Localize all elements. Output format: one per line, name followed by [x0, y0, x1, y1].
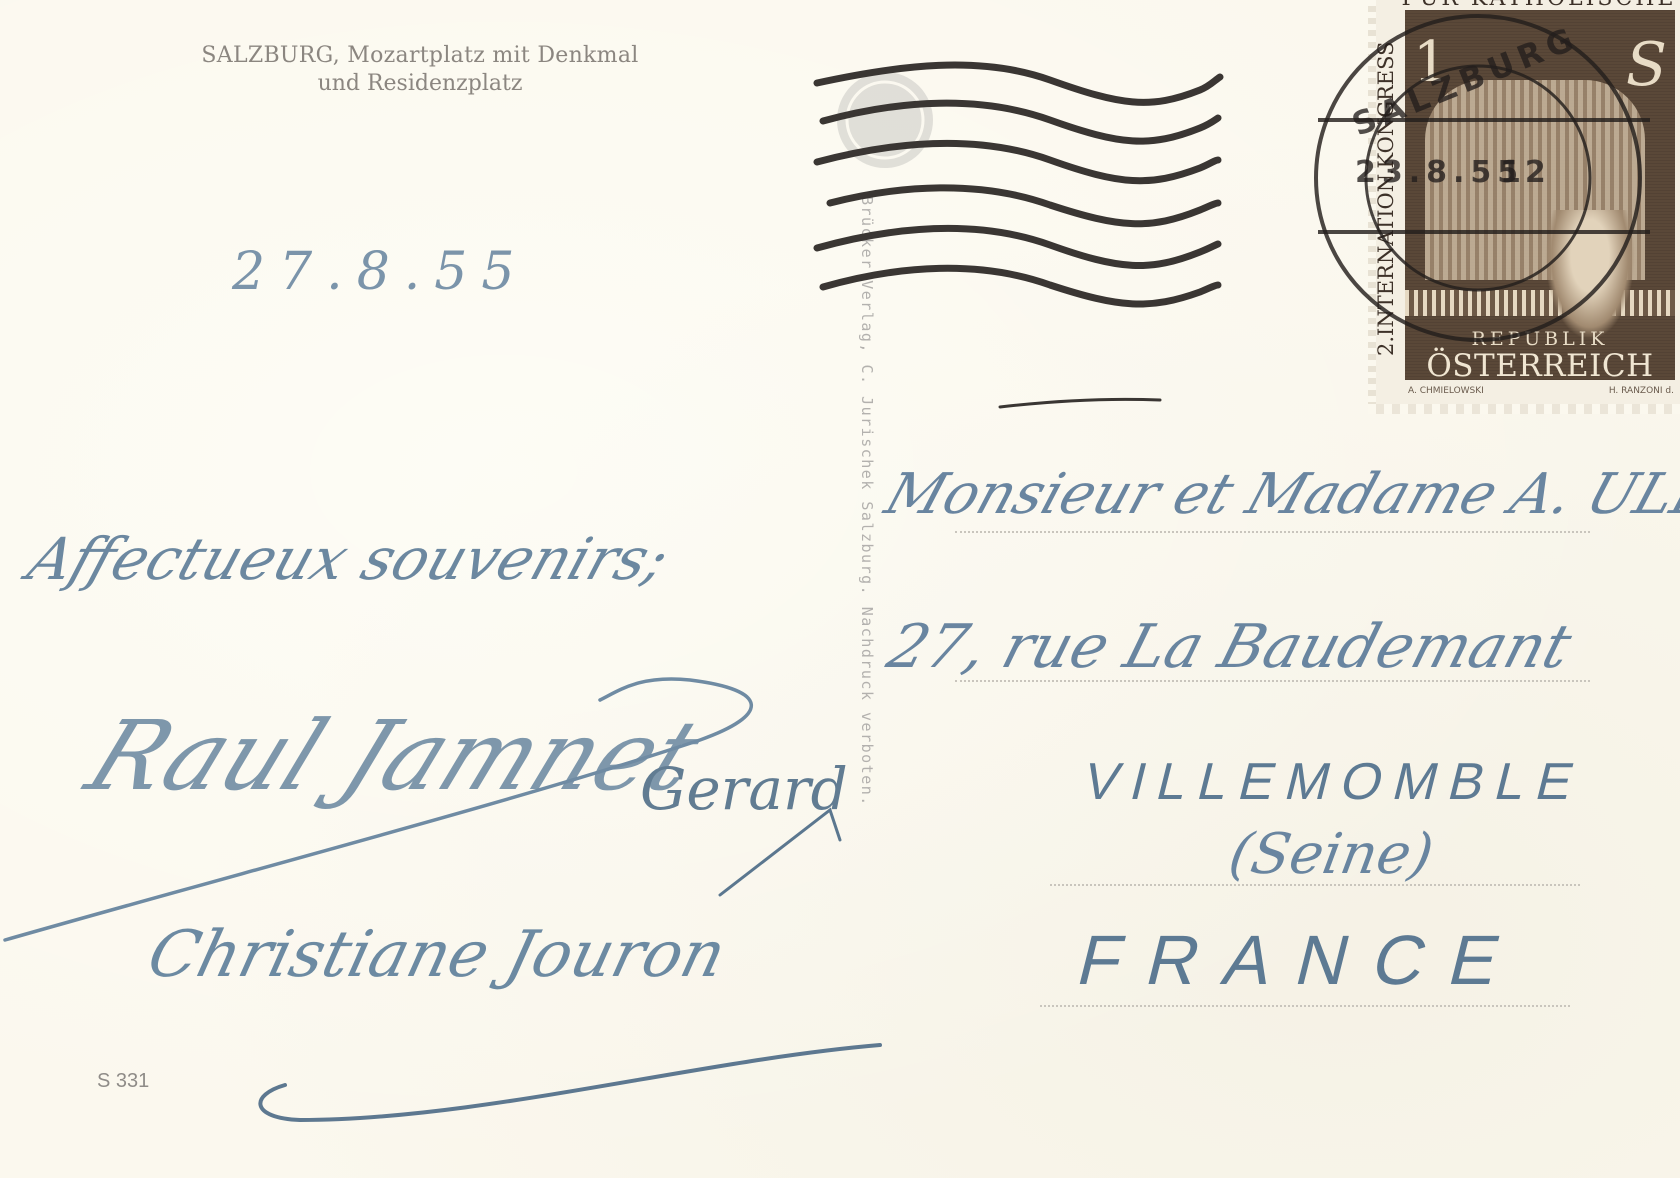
postmark-hour: 12	[1500, 155, 1550, 190]
postmark-date: 23.8.55	[1355, 155, 1524, 190]
postcard-back: SALZBURG, Mozartplatz mit Denkmal und Re…	[0, 0, 1680, 1178]
